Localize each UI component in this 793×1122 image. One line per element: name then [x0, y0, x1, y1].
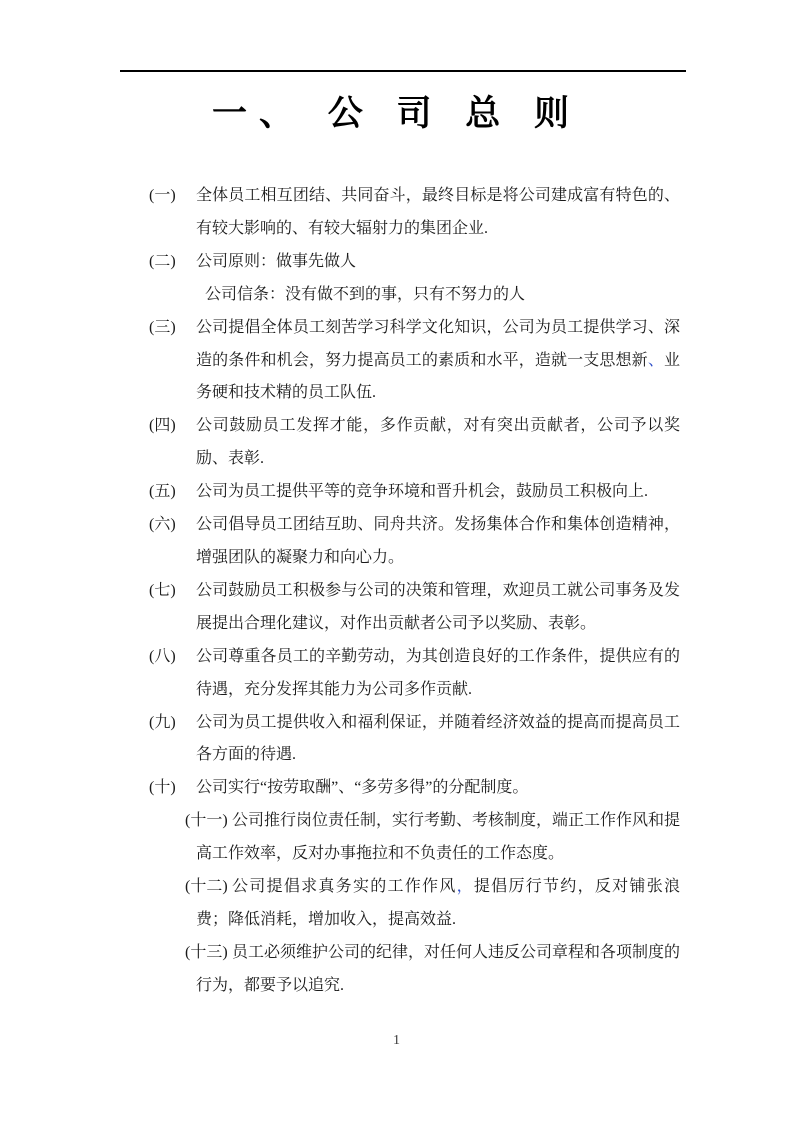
list-item: (七) 公司鼓励员工积极参与公司的决策和管理，欢迎员工就公司事务及发展提出合理化…	[149, 575, 680, 641]
document-page: 一、 公 司 总 则 (一) 全体员工相互团结、共同奋斗，最终目标是将公司建成富…	[0, 0, 793, 1122]
item-text-line1: 公司原则：做事先做人	[196, 246, 680, 279]
blue-punctuation: ，	[457, 878, 474, 895]
item-text: 公司提倡求真务实的工作作风	[232, 878, 457, 895]
list-item: (十一) 公司推行岗位责任制，实行考勤、考核制度，端正工作作风和提高工作效率，反…	[149, 805, 680, 871]
item-number: (十)	[149, 772, 176, 805]
page-number: 1	[0, 1032, 793, 1050]
list-item: (四) 公司鼓励员工发挥才能，多作贡献，对有突出贡献者，公司予以奖励、表彰.	[149, 410, 680, 476]
clause-list: (一) 全体员工相互团结、共同奋斗，最终目标是将公司建成富有特色的、有较大影响的…	[149, 180, 680, 1003]
item-number: (十一)	[149, 805, 228, 838]
list-item: (十二) 公司提倡求真务实的工作作风，提倡厉行节约，反对铺张浪费；降低消耗，增加…	[149, 871, 680, 937]
item-text: 公司实行“按劳取酬”、“多劳多得”的分配制度。	[196, 779, 528, 796]
item-text-line2: 公司信条：没有做不到的事，只有不努力的人	[196, 279, 680, 312]
list-item: (三) 公司提倡全体员工刻苦学习科学文化知识，公司为员工提供学习、深造的条件和机…	[149, 312, 680, 411]
item-text: 公司尊重各员工的辛勤劳动，为其创造良好的工作条件，提供应有的待遇，充分发挥其能力…	[196, 648, 680, 698]
list-item: (五) 公司为员工提供平等的竞争环境和晋升机会，鼓励员工积极向上.	[149, 476, 680, 509]
item-number: (六)	[149, 509, 176, 542]
header-divider	[120, 70, 686, 72]
item-number: (七)	[149, 575, 176, 608]
item-number: (三)	[149, 312, 176, 345]
item-number: (四)	[149, 410, 176, 443]
list-item: (十) 公司实行“按劳取酬”、“多劳多得”的分配制度。	[149, 772, 680, 805]
item-text: 公司提倡全体员工刻苦学习科学文化知识，公司为员工提供学习、深造的条件和机会，努力…	[196, 319, 680, 369]
list-item: (十三) 员工必须维护公司的纪律，对任何人违反公司章程和各项制度的行为，都要予以…	[149, 937, 680, 1003]
item-text: 公司为员工提供平等的竞争环境和晋升机会，鼓励员工积极向上.	[196, 483, 648, 500]
list-item: (二) 公司原则：做事先做人 公司信条：没有做不到的事，只有不努力的人	[149, 246, 680, 312]
item-text: 员工必须维护公司的纪律，对任何人违反公司章程和各项制度的行为，都要予以追究.	[196, 944, 680, 994]
item-text: 公司鼓励员工积极参与公司的决策和管理，欢迎员工就公司事务及发展提出合理化建议，对…	[196, 582, 680, 632]
item-number: (八)	[149, 641, 176, 674]
item-text: 全体员工相互团结、共同奋斗，最终目标是将公司建成富有特色的、有较大影响的、有较大…	[196, 187, 680, 237]
page-title: 一、 公 司 总 则	[0, 90, 793, 138]
blue-punctuation: 、	[648, 352, 664, 369]
item-number: (十二)	[149, 871, 228, 904]
item-text: 公司倡导员工团结互助、同舟共济。发扬集体合作和集体创造精神，增强团队的凝聚力和向…	[196, 516, 680, 566]
list-item: (八) 公司尊重各员工的辛勤劳动，为其创造良好的工作条件，提供应有的待遇，充分发…	[149, 641, 680, 707]
item-number: (一)	[149, 180, 176, 213]
item-text: 公司鼓励员工发挥才能，多作贡献，对有突出贡献者，公司予以奖励、表彰.	[196, 417, 680, 467]
list-item: (六) 公司倡导员工团结互助、同舟共济。发扬集体合作和集体创造精神，增强团队的凝…	[149, 509, 680, 575]
item-number: (二)	[149, 246, 176, 279]
item-number: (九)	[149, 707, 176, 740]
item-text: 公司推行岗位责任制，实行考勤、考核制度，端正工作作风和提高工作效率，反对办事拖拉…	[196, 812, 680, 862]
item-number: (五)	[149, 476, 176, 509]
item-number: (十三)	[149, 937, 228, 970]
list-item: (九) 公司为员工提供收入和福利保证，并随着经济效益的提高而提高员工各方面的待遇…	[149, 707, 680, 773]
list-item: (一) 全体员工相互团结、共同奋斗，最终目标是将公司建成富有特色的、有较大影响的…	[149, 180, 680, 246]
item-text: 公司为员工提供收入和福利保证，并随着经济效益的提高而提高员工各方面的待遇.	[196, 714, 680, 764]
